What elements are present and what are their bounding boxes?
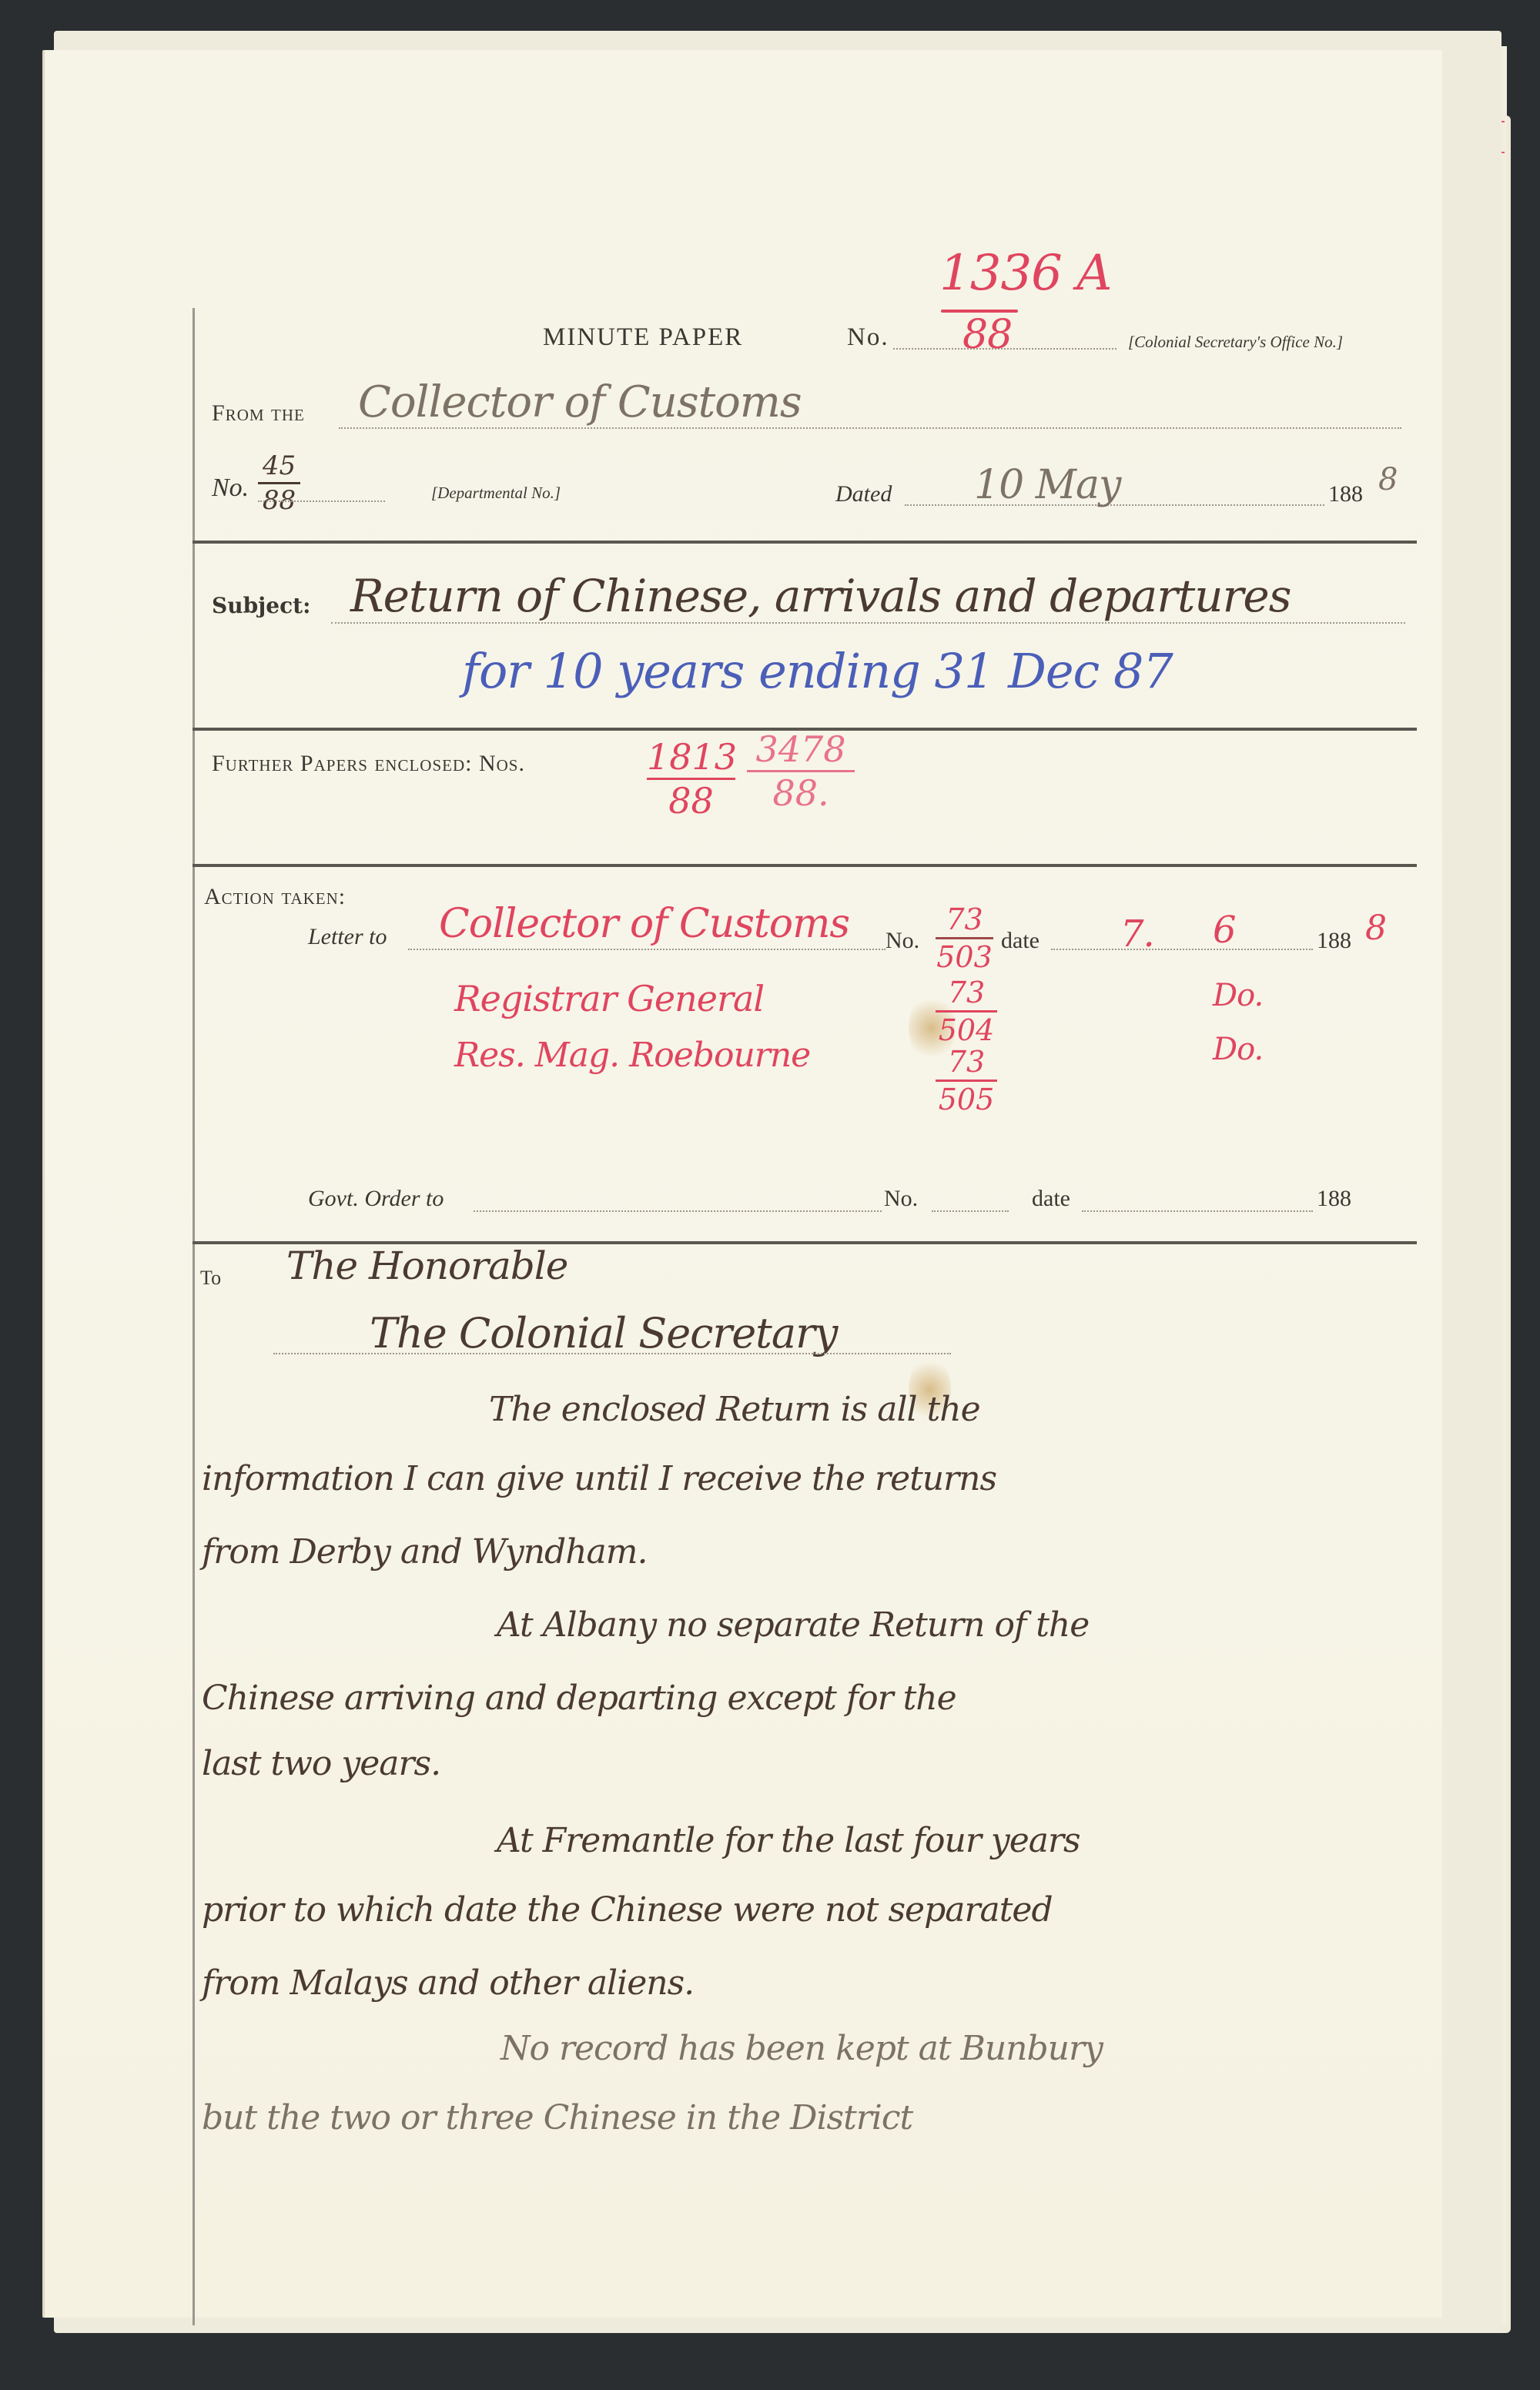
- fraction-bar: [936, 1080, 997, 1082]
- subject-line-2: for 10 years ending 31 Dec 87: [462, 643, 1173, 699]
- letter-date-line: [1051, 949, 1313, 950]
- letter-no-3: 73 505: [936, 1047, 997, 1114]
- govt-order-label: Govt. Order to: [308, 1186, 444, 1212]
- letter-no-1: 73 503: [936, 905, 993, 972]
- action-label: Action taken:: [204, 884, 346, 910]
- subject-label: Subject:: [212, 593, 310, 618]
- govt-order-line: [474, 1210, 882, 1212]
- letter-year-suffix: 8: [1365, 909, 1386, 948]
- ditto-mark: Do.: [1213, 1032, 1263, 1067]
- body-line: At Fremantle for the last four years: [497, 1821, 1080, 1860]
- dated-label: Dated: [835, 481, 892, 507]
- paper-year: 88.: [747, 775, 855, 811]
- letter-day: 7.: [1120, 912, 1154, 956]
- body-line: No record has been kept at Bunbury: [500, 2029, 1103, 2068]
- dated-value: 10 May: [974, 462, 1120, 508]
- letter-no-num: 73: [936, 905, 993, 934]
- body-line: information I can give until I receive t…: [202, 1459, 996, 1498]
- form-title: MINUTE PAPER: [543, 323, 743, 352]
- govt-no-label: No.: [884, 1186, 918, 1212]
- subject-line-1: Return of Chinese, arrivals and departur…: [350, 570, 1291, 622]
- letter-no-den: 505: [936, 1085, 997, 1114]
- letter-recipient-1: Collector of Customs: [439, 901, 849, 947]
- year-prefix: 188: [1328, 481, 1363, 507]
- govt-date-label: date: [1032, 1186, 1070, 1212]
- section-rule: [192, 864, 1417, 867]
- minute-year: 88: [962, 312, 1012, 358]
- dept-no-label: No.: [212, 474, 249, 503]
- letter-recipient-3: Res. Mag. Roebourne: [454, 1036, 810, 1075]
- body-line: The enclosed Return is all the: [489, 1390, 980, 1429]
- paper-number: 1813: [647, 739, 735, 775]
- fraction-bar: [936, 1010, 997, 1013]
- body-line: prior to which date the Chinese were not…: [202, 1890, 1053, 1930]
- govt-date-line: [1082, 1210, 1313, 1212]
- minute-number: 1336 A: [939, 245, 1111, 302]
- form-left-rule: [192, 308, 195, 2325]
- office-note: [Colonial Secretary's Office No.]: [1128, 333, 1343, 352]
- body-line: At Albany no separate Return of the: [497, 1605, 1089, 1645]
- dept-no-fraction: 45 88: [258, 453, 300, 514]
- paper-number: 3478: [747, 731, 855, 767]
- dept-note: [Departmental No.]: [431, 484, 561, 503]
- body-line: but the two or three Chinese in the Dist…: [202, 2098, 912, 2137]
- addressee-line-1: The Honorable: [286, 1244, 567, 1288]
- letter-no-2: 73 504: [936, 978, 997, 1045]
- further-papers-label: Further Papers enclosed: Nos.: [212, 751, 525, 777]
- addressee-line: [273, 1353, 951, 1354]
- letter-no-den: 504: [936, 1016, 997, 1045]
- body-line: from Malays and other aliens.: [202, 1963, 694, 2003]
- from-field-line: [339, 427, 1401, 429]
- letter-no-den: 503: [936, 942, 993, 972]
- from-value: Collector of Customs: [358, 377, 802, 427]
- year-suffix: 8: [1378, 462, 1397, 497]
- ditto-mark: Do.: [1213, 978, 1263, 1013]
- dept-no-line: [258, 500, 385, 502]
- body-line: from Derby and Wyndham.: [202, 1532, 648, 1572]
- body-line: Chinese arriving and departing except fo…: [202, 1679, 956, 1718]
- addressee-line-2: The Colonial Secretary: [370, 1309, 837, 1357]
- letter-month: 6: [1213, 909, 1236, 952]
- letter-to-line: [408, 949, 885, 950]
- govt-no-line: [932, 1210, 1009, 1212]
- minute-no-label: No.: [847, 323, 889, 352]
- body-line: last two years.: [202, 1744, 440, 1783]
- letter-date-label: date: [1001, 928, 1039, 954]
- letter-no-num: 73: [936, 1047, 997, 1076]
- govt-year: 188: [1317, 1186, 1351, 1212]
- further-paper-2: 3478 88.: [747, 731, 855, 811]
- to-label: To: [200, 1267, 221, 1290]
- letter-to-label: Letter to: [308, 924, 387, 950]
- section-rule: [192, 541, 1417, 544]
- paper-year: 88: [647, 783, 735, 818]
- further-paper-1: 1813 88: [647, 739, 735, 818]
- dept-no-num: 45: [258, 453, 300, 479]
- letter-no-label: No.: [885, 928, 919, 954]
- subject-line: [331, 622, 1405, 624]
- letter-recipient-2: Registrar General: [454, 978, 764, 1019]
- letter-year-prefix: 188: [1317, 928, 1351, 954]
- fraction-bar: [936, 937, 993, 939]
- from-label: From the: [212, 400, 305, 427]
- fraction-bar: [258, 482, 300, 484]
- letter-no-num: 73: [936, 978, 997, 1007]
